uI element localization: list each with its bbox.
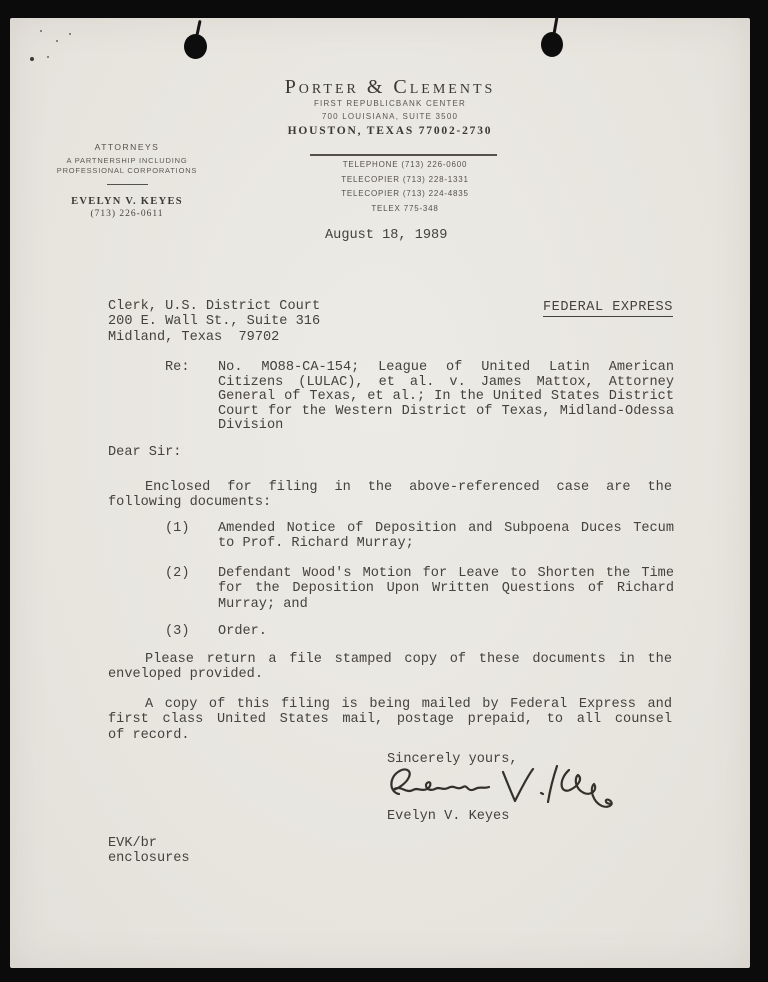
text-line: of record. bbox=[108, 728, 672, 743]
paragraph-3: A copy of this filing is being mailed by… bbox=[108, 697, 672, 743]
text-line: TELECOPIER (713) 228-1331 bbox=[300, 173, 510, 188]
attorneys-label: ATTORNEYS bbox=[47, 142, 207, 152]
text-line: TELECOPIER (713) 224-4835 bbox=[300, 187, 510, 202]
dust-speck bbox=[47, 56, 49, 58]
text-line: Murray; and bbox=[218, 597, 674, 612]
text-line: PROFESSIONAL CORPORATIONS bbox=[47, 166, 207, 176]
re-subject: No. MO88-CA-154; League of United Latin … bbox=[218, 361, 674, 434]
firm-street: 700 LOUISIANA, SUITE 3500 bbox=[110, 112, 670, 121]
text-line: for the Deposition Upon Written Question… bbox=[218, 581, 674, 596]
attorney-name: EVELYN V. KEYES bbox=[47, 196, 207, 207]
text-line: first class United States mail, postage … bbox=[108, 712, 672, 727]
item-3-number: (3) bbox=[165, 624, 189, 639]
scanned-letter: Porter & Clements FIRST REPUBLICBANK CEN… bbox=[0, 0, 768, 982]
firm-phone-block: TELEPHONE (713) 226-0600TELECOPIER (713)… bbox=[300, 158, 510, 216]
text-line: Enclosed for filing in the above-referen… bbox=[108, 480, 672, 495]
dust-speck bbox=[69, 33, 71, 35]
text-line: A copy of this filing is being mailed by… bbox=[108, 697, 672, 712]
attorney-phone: (713) 226-0611 bbox=[47, 209, 207, 219]
text-line: to Prof. Richard Murray; bbox=[218, 536, 674, 551]
enclosures-note: enclosures bbox=[108, 851, 190, 866]
text-line: General of Texas, et al.; In the United … bbox=[218, 390, 674, 405]
text-line: enveloped provided. bbox=[108, 667, 672, 682]
text-line: Amended Notice of Deposition and Subpoen… bbox=[218, 521, 674, 536]
item-1-text: Amended Notice of Deposition and Subpoen… bbox=[218, 521, 674, 552]
salutation: Dear Sir: bbox=[108, 445, 181, 460]
firm-city: HOUSTON, TEXAS 77002-2730 bbox=[110, 125, 670, 137]
dust-speck bbox=[40, 30, 42, 32]
recipient-address: Clerk, U.S. District Court 200 E. Wall S… bbox=[108, 299, 320, 345]
text-line: TELEX 775-348 bbox=[300, 202, 510, 217]
text-line: Order. bbox=[218, 624, 674, 639]
paragraph-2: Please return a file stamped copy of the… bbox=[108, 652, 672, 683]
re-label: Re: bbox=[165, 361, 189, 376]
text-line: TELEPHONE (713) 226-0600 bbox=[300, 158, 510, 173]
attorney-divider bbox=[107, 184, 148, 185]
typist-reference: EVK/br bbox=[108, 836, 157, 851]
partnership-note: A PARTNERSHIP INCLUDINGPROFESSIONAL CORP… bbox=[47, 156, 207, 176]
text-line: Citizens (LULAC), et al. v. James Mattox… bbox=[218, 376, 674, 391]
letter-date: August 18, 1989 bbox=[325, 228, 447, 243]
ink-mark bbox=[30, 57, 34, 61]
item-2-text: Defendant Wood's Motion for Leave to Sho… bbox=[218, 566, 674, 612]
dust-speck bbox=[56, 40, 58, 42]
text-line: Please return a file stamped copy of the… bbox=[108, 652, 672, 667]
item-3-text: Order. bbox=[218, 624, 674, 639]
firm-building: FIRST REPUBLICBANK CENTER bbox=[110, 99, 670, 108]
signature-typed-name: Evelyn V. Keyes bbox=[387, 809, 509, 824]
text-line: A PARTNERSHIP INCLUDING bbox=[47, 156, 207, 166]
item-2-number: (2) bbox=[165, 566, 189, 581]
hole-punch-right bbox=[541, 32, 563, 57]
paragraph-1: Enclosed for filing in the above-referen… bbox=[108, 480, 672, 511]
text-line: No. MO88-CA-154; League of United Latin … bbox=[218, 361, 674, 376]
letterhead-divider bbox=[310, 154, 497, 156]
text-line: Court for the Western District of Texas,… bbox=[218, 405, 674, 420]
item-1-number: (1) bbox=[165, 521, 189, 536]
signature-handwriting bbox=[385, 760, 625, 816]
text-line: Division bbox=[218, 419, 674, 434]
delivery-method: FEDERAL EXPRESS bbox=[543, 300, 673, 317]
text-line: Defendant Wood's Motion for Leave to Sho… bbox=[218, 566, 674, 581]
text-line: following documents: bbox=[108, 495, 672, 510]
firm-name: Porter & Clements bbox=[110, 76, 670, 99]
hole-punch-left bbox=[184, 34, 207, 59]
